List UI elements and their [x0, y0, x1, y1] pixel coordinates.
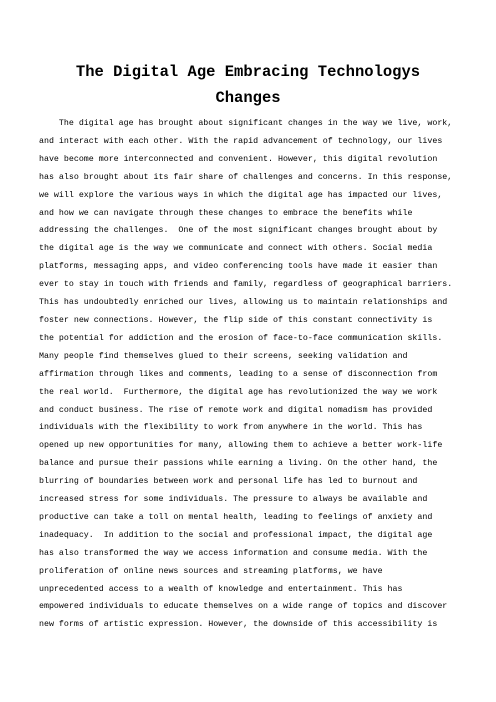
document-line: individuals with the flexibility to work… — [39, 419, 463, 437]
document-line: This has undoubtedly enriched our lives,… — [39, 294, 463, 312]
document-line: and how we can navigate through these ch… — [39, 205, 463, 223]
document-line: foster new connections. However, the fli… — [39, 312, 463, 330]
document-title: The Digital Age Embracing Technologys Ch… — [58, 59, 438, 111]
document-line: platforms, messaging apps, and video con… — [39, 258, 463, 276]
document-line: addressing the challenges. One of the mo… — [39, 222, 463, 240]
document-line: ever to stay in touch with friends and f… — [39, 276, 463, 294]
document-line: blurring of boundaries between work and … — [39, 473, 463, 491]
document-line: The digital age has brought about signif… — [39, 115, 463, 133]
document-line: proliferation of online news sources and… — [39, 563, 463, 581]
document-line: balance and pursue their passions while … — [39, 455, 463, 473]
document-line: have become more interconnected and conv… — [39, 151, 463, 169]
document-line: inadequacy. In addition to the social an… — [39, 527, 463, 545]
document-line: Many people find themselves glued to the… — [39, 348, 463, 366]
document-line: the real world. Furthermore, the digital… — [39, 384, 463, 402]
document-line: has also transformed the way we access i… — [39, 545, 463, 563]
document-line: opened up new opportunities for many, al… — [39, 437, 463, 455]
document-line: we will explore the various ways in whic… — [39, 187, 463, 205]
document-line: new forms of artistic expression. Howeve… — [39, 616, 463, 634]
document-line: the potential for addiction and the eros… — [39, 330, 463, 348]
document-line: has also brought about its fair share of… — [39, 169, 463, 187]
document-line: and conduct business. The rise of remote… — [39, 402, 463, 420]
document-line: increased stress for some individuals. T… — [39, 491, 463, 509]
document-line: and interact with each other. With the r… — [39, 133, 463, 151]
document-page: The Digital Age Embracing Technologys Ch… — [0, 0, 496, 702]
document-line: unprecedented access to a wealth of know… — [39, 581, 463, 599]
document-line: productive can take a toll on mental hea… — [39, 509, 463, 527]
document-body: The digital age has brought about signif… — [39, 115, 463, 634]
document-line: affirmation through likes and comments, … — [39, 366, 463, 384]
document-line: the digital age is the way we communicat… — [39, 240, 463, 258]
document-line: empowered individuals to educate themsel… — [39, 598, 463, 616]
